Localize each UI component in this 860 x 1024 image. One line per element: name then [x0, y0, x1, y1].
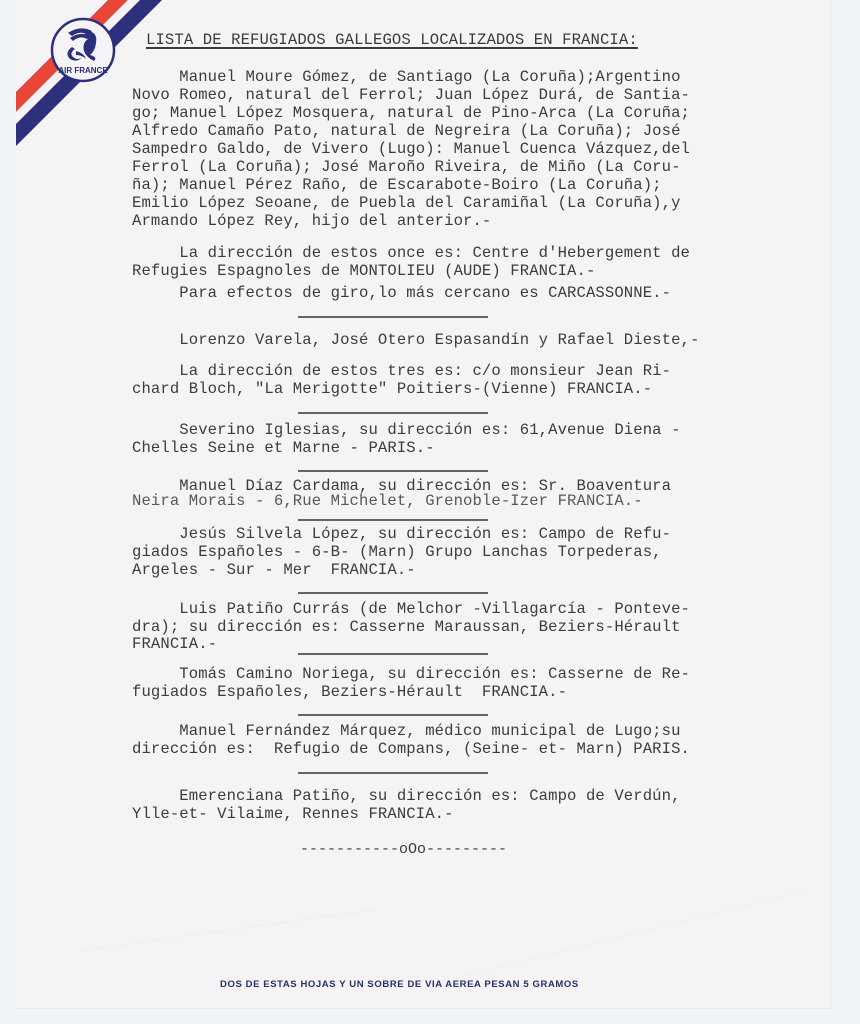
separator-rule: [298, 316, 488, 318]
text-line: giados Españoles - 6-B- (Marn) Grupo Lan…: [132, 543, 662, 561]
text-line: dirección es: Refugio de Compans, (Seine…: [132, 740, 690, 758]
text-line: La dirección de estos once es: Centre d'…: [132, 244, 690, 262]
airmail-weight-notice: DOS DE ESTAS HOJAS Y UN SOBRE DE VIA AER…: [220, 979, 579, 990]
text-line: Jesús Silvela López, su dirección es: Ca…: [132, 525, 671, 543]
text-line: La dirección de estos tres es: c/o monsi…: [132, 362, 671, 380]
text-line: Ferrol (La Coruña); José Maroño Riveira,…: [132, 158, 681, 176]
text-line: Novo Romeo, natural del Ferrol; Juan Lóp…: [132, 86, 690, 104]
end-mark: -----------oOo---------: [300, 841, 507, 858]
text-line: Manuel Fernández Márquez, médico municip…: [132, 722, 681, 740]
text-line: Chelles Seine et Marne - PARIS.-: [132, 439, 435, 457]
text-line: Lorenzo Varela, José Otero Espasandín y …: [132, 331, 699, 349]
document-title: LISTA DE REFUGIADOS GALLEGOS LOCALIZADOS…: [146, 31, 638, 49]
text-line: Refugies Espagnoles de MONTOLIEU (AUDE) …: [132, 262, 595, 280]
text-line: Neira Morais - 6,Rue Michelet, Grenoble-…: [132, 492, 643, 510]
text-line: Argeles - Sur - Mer FRANCIA.-: [132, 561, 416, 579]
text-line: Tomás Camino Noriega, su dirección es: C…: [132, 665, 690, 683]
text-line: go; Manuel López Mosquera, natural de Pi…: [132, 104, 690, 122]
separator-rule: [298, 714, 488, 716]
text-line: chard Bloch, "La Merigotte" Poitiers-(Vi…: [132, 380, 652, 398]
separator-rule: [298, 653, 488, 655]
text-line: fugiados Españoles, Beziers-Hérault FRAN…: [132, 683, 567, 701]
separator-rule: [298, 470, 488, 472]
text-line: Luis Patiño Currás (de Melchor -Villagar…: [132, 600, 690, 618]
text-line: Ylle-et- Vilaime, Rennes FRANCIA.-: [132, 805, 454, 823]
text-line: Para efectos de giro,lo más cercano es C…: [132, 284, 671, 302]
text-line: Sampedro Galdo, de Vivero (Lugo): Manuel…: [132, 140, 690, 158]
typed-document: LISTA DE REFUGIADOS GALLEGOS LOCALIZADOS…: [0, 0, 814, 1008]
separator-rule: [298, 412, 488, 414]
text-line: Alfredo Camaño Pato, natural de Negreira…: [132, 122, 681, 140]
text-line: Emilio López Seoane, de Puebla del Caram…: [132, 194, 681, 212]
separator-rule: [298, 519, 488, 521]
text-line: FRANCIA.-: [132, 635, 217, 653]
text-line: Severino Iglesias, su dirección es: 61,A…: [132, 421, 681, 439]
separator-rule: [298, 772, 488, 774]
separator-rule: [298, 592, 488, 594]
text-line: dra); su dirección es: Casserne Maraussa…: [132, 618, 681, 636]
text-line: Emerenciana Patiño, su dirección es: Cam…: [132, 787, 681, 805]
text-line: Armando López Rey, hijo del anterior.-: [132, 212, 491, 230]
text-line: Manuel Moure Gómez, de Santiago (La Coru…: [132, 68, 681, 86]
text-line: ña); Manuel Pérez Raño, de Escarabote-Bo…: [132, 176, 662, 194]
